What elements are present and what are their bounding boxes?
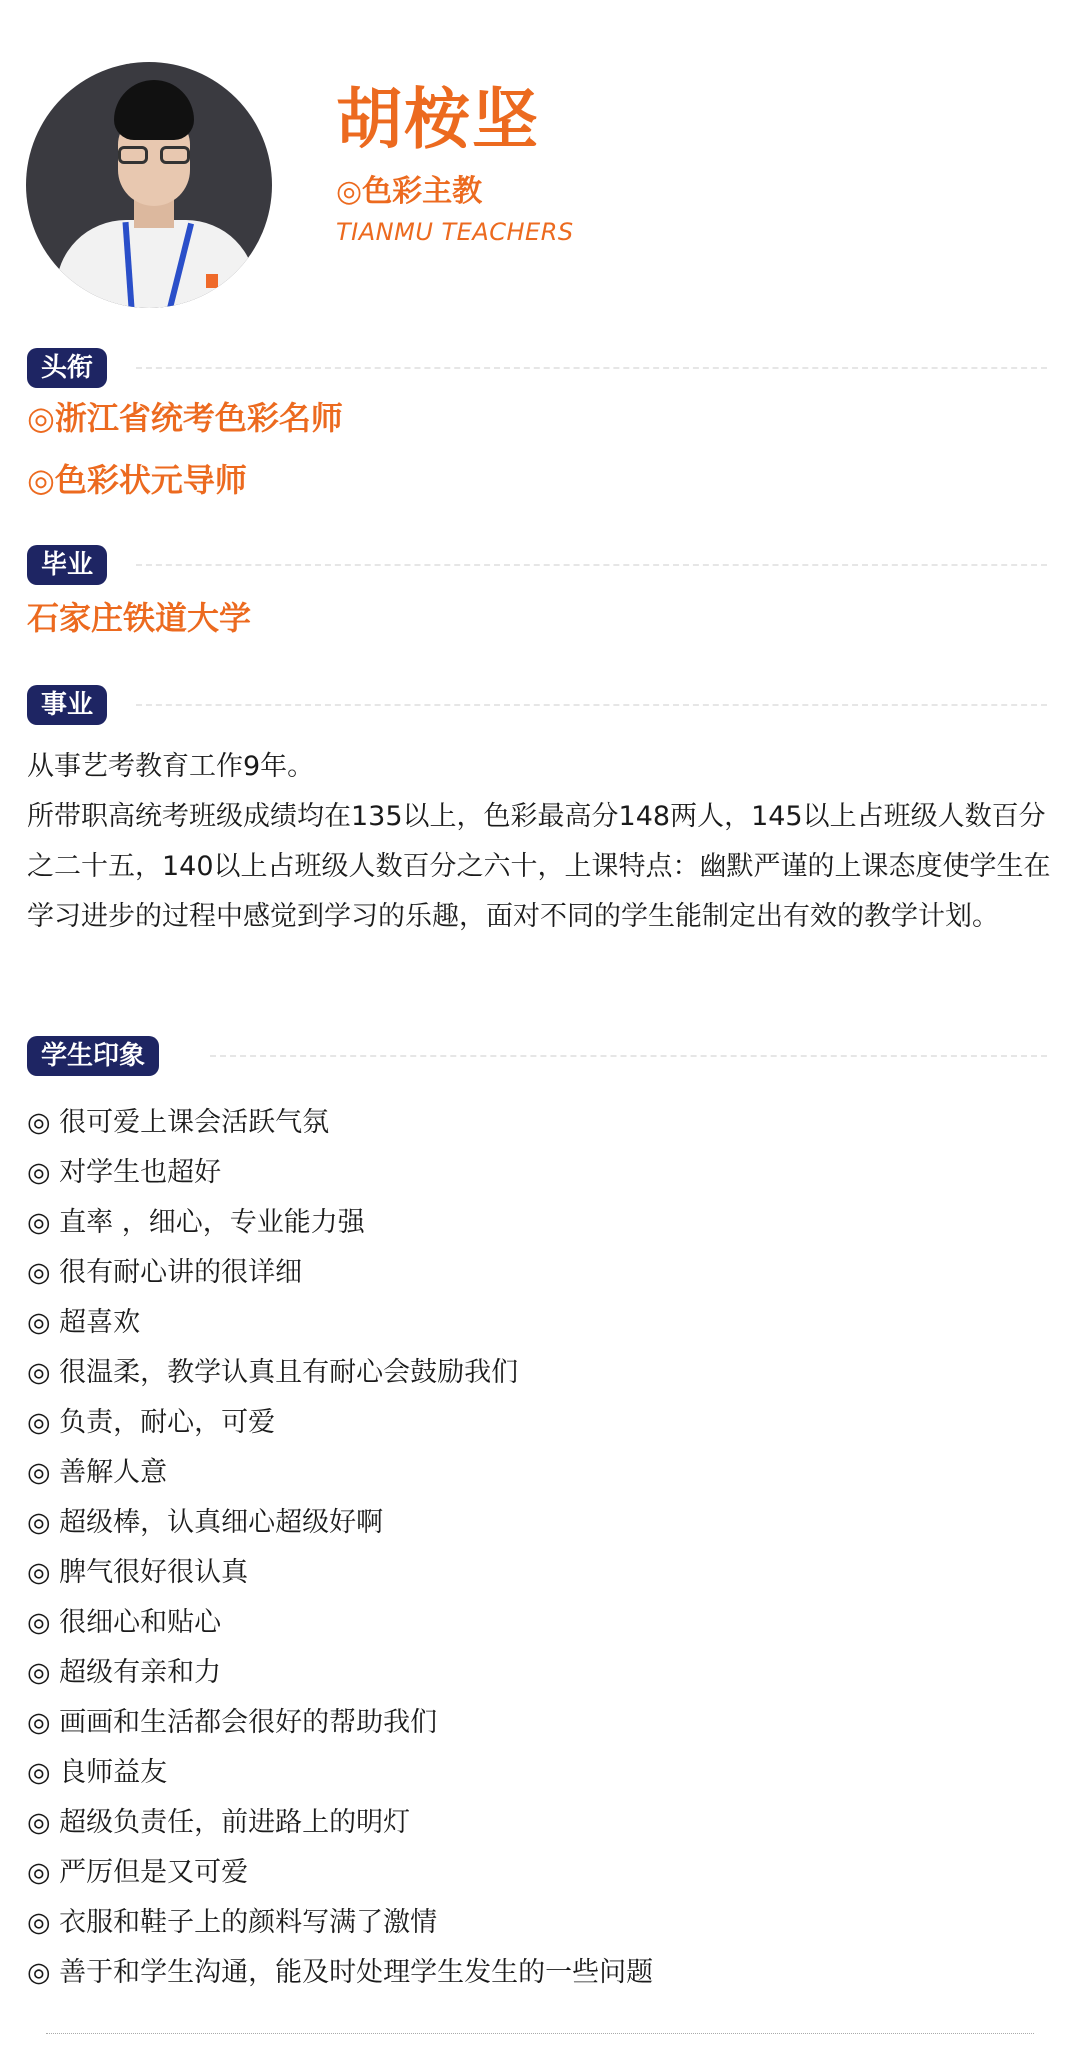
list-item: ◎ 超级有亲和力 — [27, 1648, 653, 1698]
section-divider — [136, 564, 1047, 566]
list-item: ◎ 超级棒，认真细心超级好啊 — [27, 1498, 653, 1548]
avatar-glasses — [116, 146, 192, 166]
teacher-avatar — [26, 62, 272, 308]
list-item: ◎ 衣服和鞋子上的颜料写满了激情 — [27, 1898, 653, 1948]
list-item: ◎ 良师益友 — [27, 1748, 653, 1798]
section-divider — [136, 367, 1047, 369]
list-item: ◎ 很细心和贴心 — [27, 1598, 653, 1648]
list-item: ◎ 直率 ，细心，专业能力强 — [27, 1198, 653, 1248]
list-item: ◎ 超级负责任，前进路上的明灯 — [27, 1798, 653, 1848]
avatar-hair — [114, 80, 194, 140]
section-badge-impressions: 学生印象 — [27, 1036, 159, 1076]
shirt-logo-icon — [206, 274, 218, 288]
list-item: ◎ 很有耐心讲的很详细 — [27, 1248, 653, 1298]
career-paragraph: 所带职高统考班级成绩均在135以上，色彩最高分148两人，145以上占班级人数百… — [27, 792, 1057, 942]
avatar-shirt — [56, 220, 256, 308]
list-item: ◎ 很温柔，教学认真且有耐心会鼓励我们 — [27, 1348, 653, 1398]
teacher-name: 胡桉坚 — [336, 80, 540, 160]
footer-divider — [46, 2033, 1034, 2034]
career-paragraph: 从事艺考教育工作9年。 — [27, 742, 1057, 792]
section-badge-title: 头衔 — [27, 348, 107, 388]
graduation-school: 石家庄铁道大学 — [27, 596, 251, 640]
list-item: ◎ 负责，耐心，可爱 — [27, 1398, 653, 1448]
teacher-role: ◎色彩主教 — [336, 172, 482, 212]
title-item: ◎浙江省统考色彩名师 — [27, 396, 343, 440]
list-item: ◎ 脾气很好很认真 — [27, 1548, 653, 1598]
list-item: ◎ 画画和生活都会很好的帮助我们 — [27, 1698, 653, 1748]
list-item: ◎ 严厉但是又可爱 — [27, 1848, 653, 1898]
impressions-list: ◎ 很可爱上课会活跃气氛 ◎ 对学生也超好 ◎ 直率 ，细心，专业能力强 ◎ 很… — [27, 1098, 653, 1998]
title-item: ◎色彩状元导师 — [27, 458, 247, 502]
list-item: ◎ 超喜欢 — [27, 1298, 653, 1348]
section-badge-career: 事业 — [27, 685, 107, 725]
section-divider — [136, 704, 1047, 706]
list-item: ◎ 善解人意 — [27, 1448, 653, 1498]
brand-tagline: TIANMU TEACHERS — [336, 216, 574, 248]
list-item: ◎ 对学生也超好 — [27, 1148, 653, 1198]
list-item: ◎ 很可爱上课会活跃气氛 — [27, 1098, 653, 1148]
section-badge-graduation: 毕业 — [27, 545, 107, 585]
section-divider — [210, 1055, 1047, 1057]
list-item: ◎ 善于和学生沟通，能及时处理学生发生的一些问题 — [27, 1948, 653, 1998]
